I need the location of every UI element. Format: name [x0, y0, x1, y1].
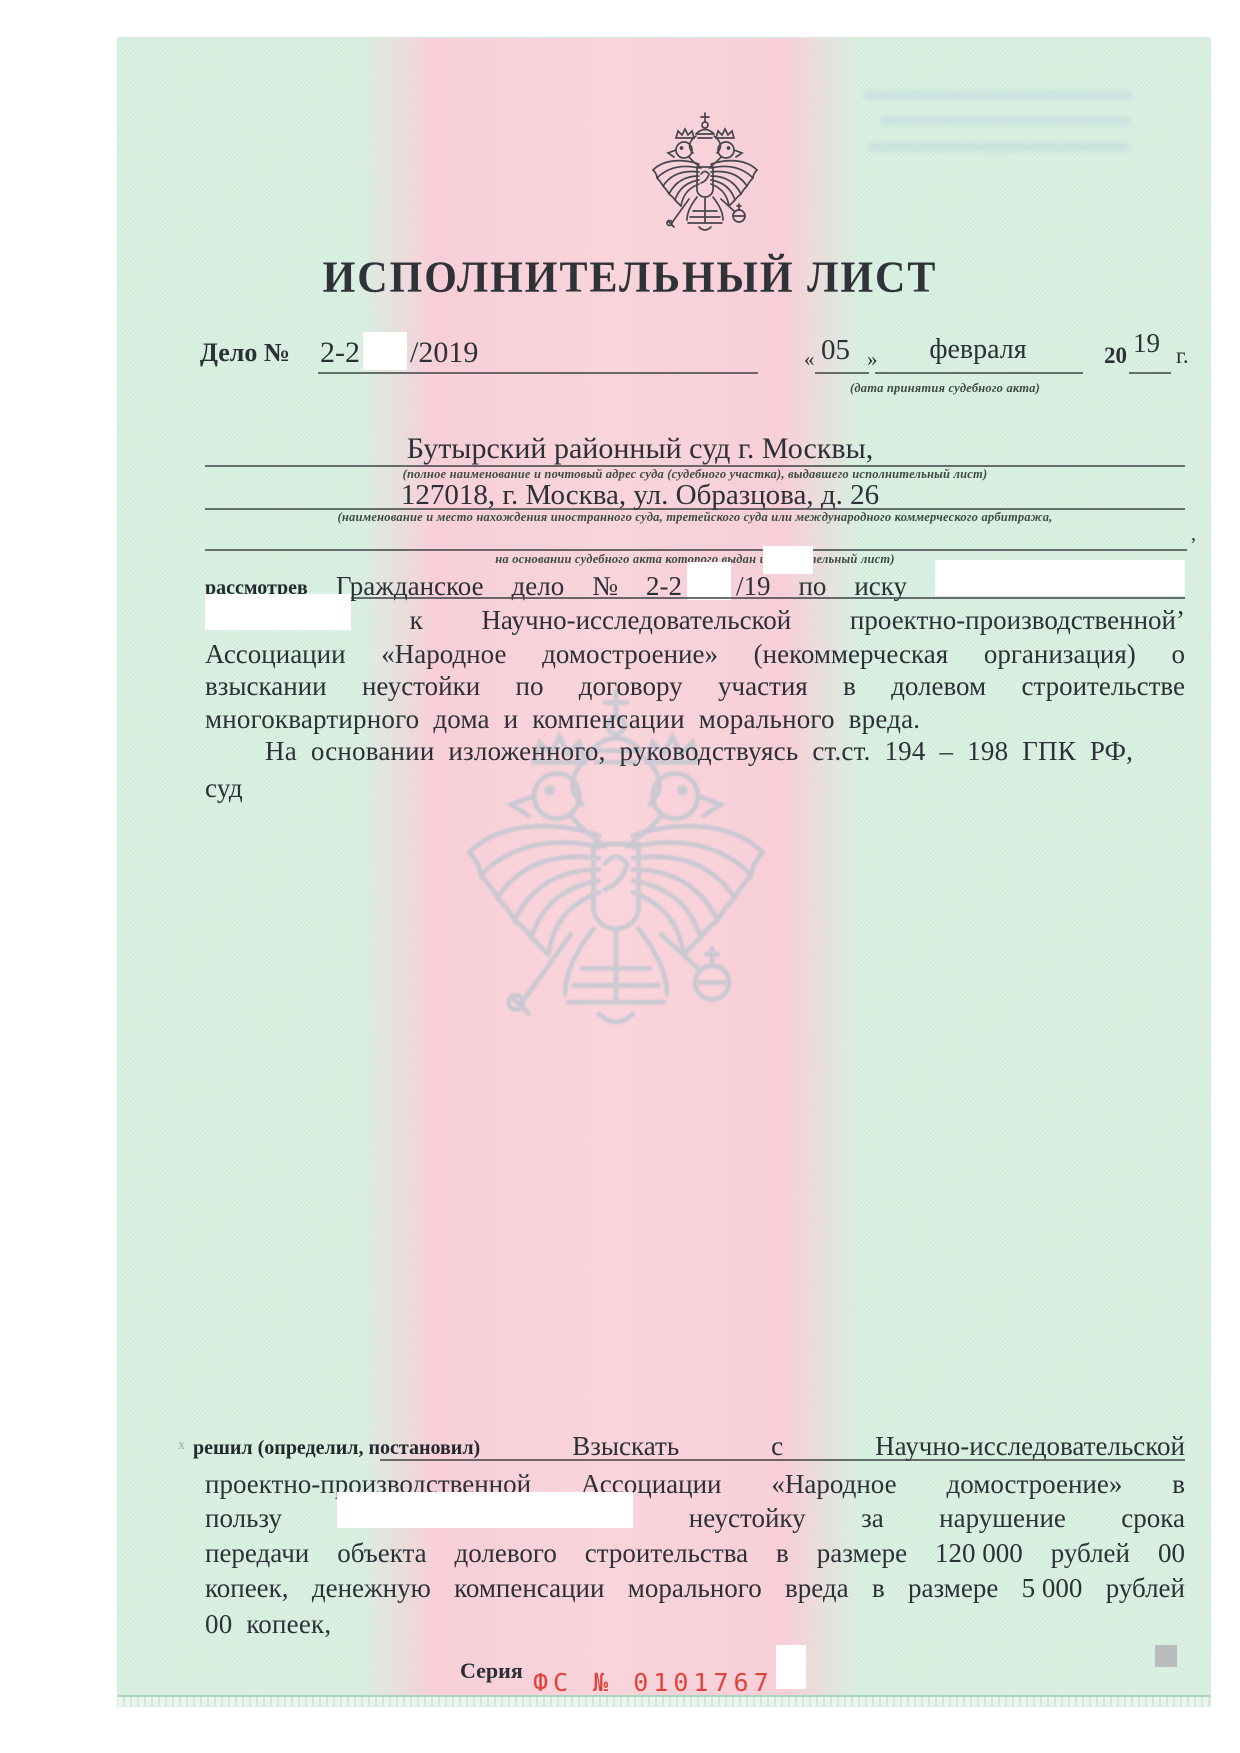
redaction-box: [687, 562, 731, 600]
date-day-rule: [815, 372, 869, 374]
date-month: февраля: [875, 334, 1081, 366]
body-line-rule: [308, 597, 1185, 599]
writ-page: ИСПОЛНИТЕЛЬНЫЙ ЛИСТ Дело № 2-2/2019 « 05…: [118, 38, 1210, 1706]
date-day: 05: [821, 334, 850, 367]
body-line: взысканиинеустойкиподоговоруучастиявдоле…: [205, 670, 1185, 702]
case-number-rule: [318, 372, 758, 374]
bleedthrough-smudge: [863, 90, 1133, 100]
stray-apostrophe: ’: [1190, 534, 1197, 557]
body-line: На основании изложенного, руководствуясь…: [265, 735, 1133, 767]
redaction-box: [363, 332, 407, 370]
case-number-value: 2-2/2019: [320, 332, 478, 370]
scanned-writ-of-execution: { "document": { "title": "ИСПОЛНИТЕЛЬНЫЙ…: [0, 0, 1240, 1753]
body-line: кНаучно-исследовательскойпроектно-произв…: [205, 604, 1185, 636]
blank-field-rule: [205, 549, 1187, 551]
redaction-box: [205, 594, 351, 630]
resolution-rule: [380, 1459, 1185, 1461]
resolution-line: пользунеустойкузанарушениесрока: [205, 1502, 1185, 1534]
case-number-label: Дело №: [200, 338, 290, 368]
date-year-rule: [1129, 372, 1171, 374]
body-line: многоквартирного дома и компенсации мора…: [205, 703, 920, 735]
date-open-quote: «: [804, 347, 815, 372]
stray-mark: х: [178, 1438, 185, 1454]
date-caption: (дата принятия судебного акта): [780, 381, 1110, 396]
date-suffix: г.: [1176, 343, 1189, 369]
body-line: суд: [205, 772, 243, 804]
date-century: 20: [1104, 343, 1127, 369]
redaction-box: [337, 1492, 633, 1528]
bleedthrough-smudge: [868, 142, 1130, 152]
document-title: ИСПОЛНИТЕЛЬНЫЙ ЛИСТ: [205, 253, 1055, 303]
court-name: Бутырский районный суд г. Москвы,: [138, 432, 1142, 466]
court-address-caption: (наименование и место нахождения иностра…: [205, 510, 1185, 525]
bleedthrough-smudge: [880, 116, 1130, 126]
series-number: ФС № 0101767: [533, 1653, 806, 1697]
body-line: Ассоциации«Народноедомостроение»(некомме…: [205, 638, 1185, 670]
resolution-line: 00 копеек,: [205, 1608, 331, 1640]
date-year: 19: [1133, 328, 1160, 359]
resolution-line: передачиобъектадолевогостроительствавраз…: [205, 1537, 1185, 1569]
resolution-line: копеек,денежнуюкомпенсацииморальноговред…: [205, 1572, 1185, 1604]
series-label: Серия: [460, 1658, 523, 1684]
redaction-box: [776, 1645, 806, 1689]
resolution-line: решил (определил, постановил)ВзыскатьсНа…: [193, 1430, 1185, 1462]
scanner-mark-square: [1155, 1645, 1177, 1667]
date-month-rule: [875, 372, 1083, 374]
redaction-box: [935, 560, 1185, 596]
russia-coat-of-arms-icon: [643, 110, 767, 236]
